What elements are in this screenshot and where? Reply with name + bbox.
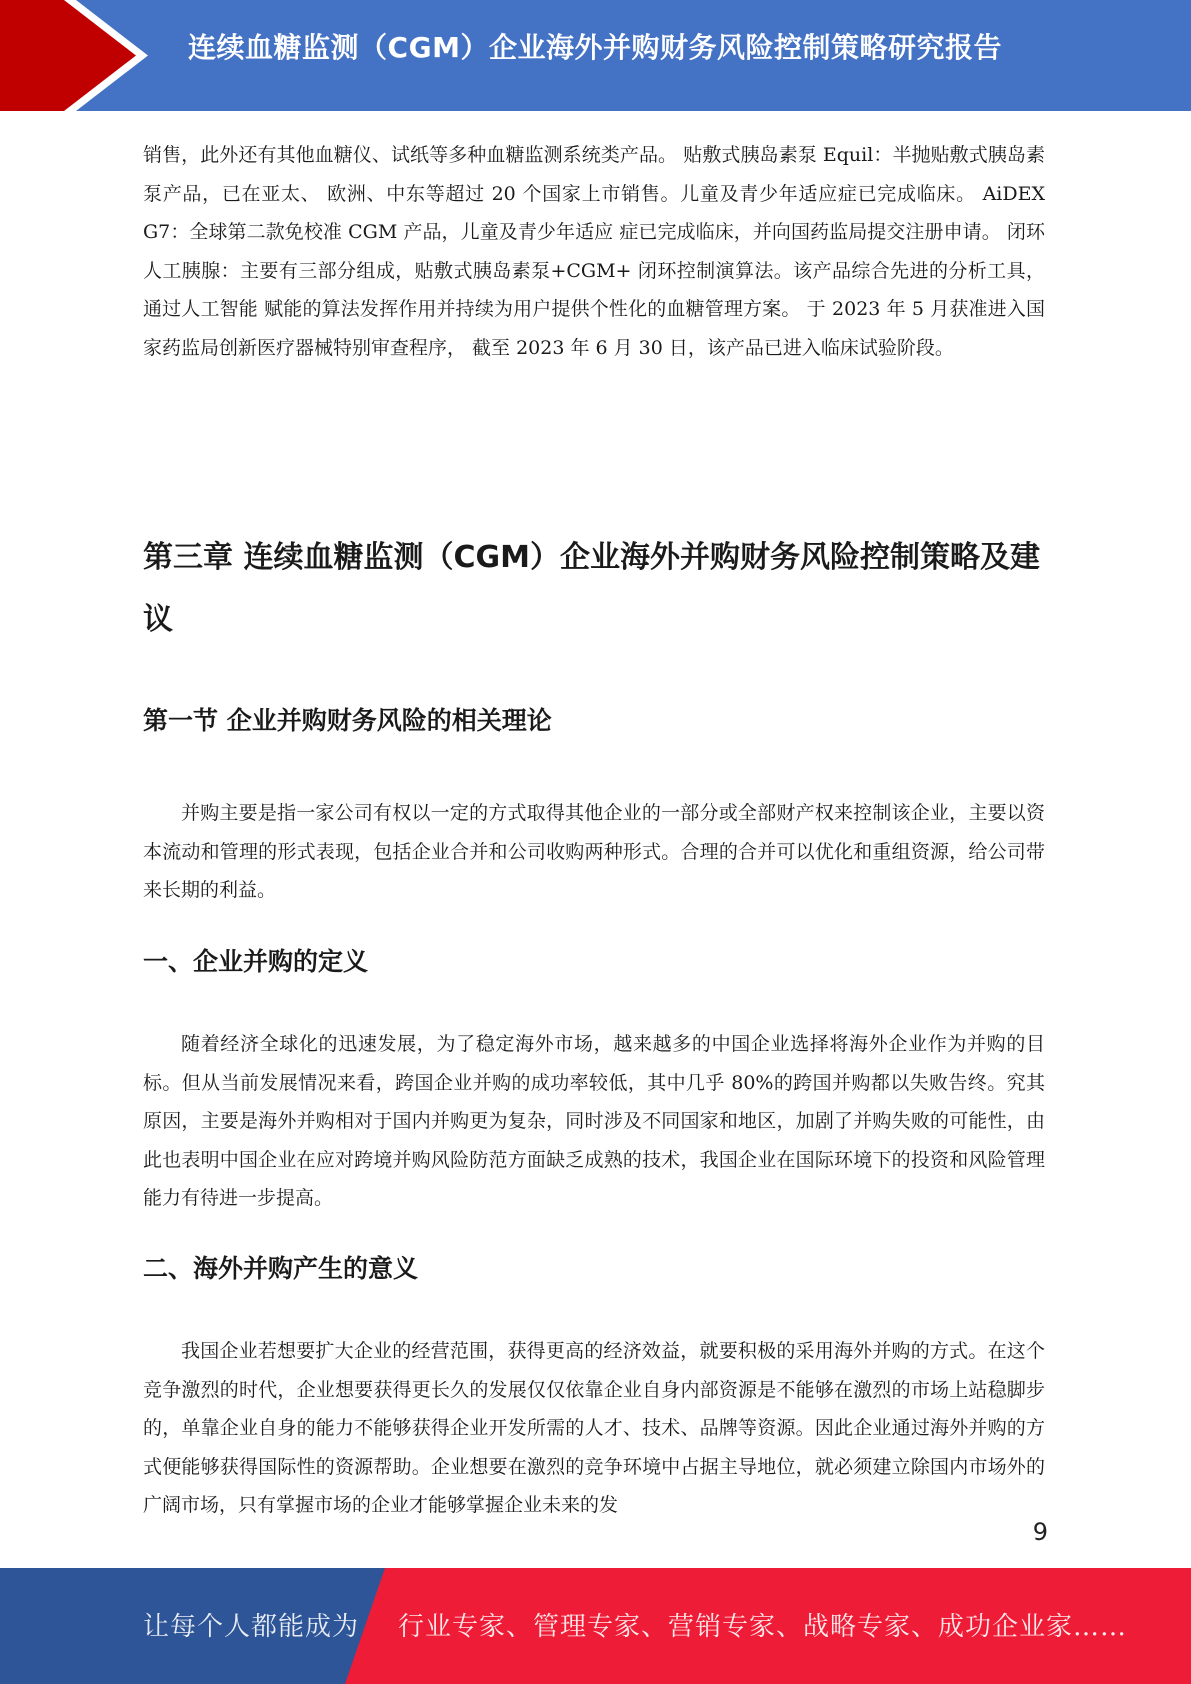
page-number: 9 bbox=[1033, 1518, 1048, 1546]
footer-slogan-left: 让每个人都能成为 bbox=[143, 1606, 359, 1643]
section-title: 第一节 企业并购财务风险的相关理论 bbox=[143, 704, 1045, 738]
subsection-2-heading-block: 二、海外并购产生的意义 bbox=[143, 1252, 1045, 1286]
page-header: 连续血糖监测（CGM）企业海外并购财务风险控制策略研究报告 bbox=[0, 0, 1191, 111]
subsection-1-title: 一、企业并购的定义 bbox=[143, 945, 1045, 979]
section-paragraph-block: 并购主要是指一家公司有权以一定的方式取得其他企业的一部分或全部财产权来控制该企业… bbox=[143, 794, 1045, 910]
subsection-1-paragraph-block: 随着经济全球化的迅速发展，为了稳定海外市场，越来越多的中国企业选择将海外企业作为… bbox=[143, 1025, 1045, 1218]
intro-paragraph: 销售，此外还有其他血糖仪、试纸等多种血糖监测系统类产品。 贴敷式胰岛素泵 Equ… bbox=[143, 136, 1045, 367]
chapter-heading-block: 第三章 连续血糖监测（CGM）企业海外并购财务风险控制策略及建议 bbox=[143, 527, 1045, 651]
footer-slogan-right: 行业专家、管理专家、营销专家、战略专家、成功企业家…… bbox=[398, 1606, 1127, 1643]
page-footer: 让每个人都能成为 行业专家、管理专家、营销专家、战略专家、成功企业家…… bbox=[0, 1568, 1191, 1684]
subsection-2-paragraph: 我国企业若想要扩大企业的经营范围，获得更高的经济效益，就要积极的采用海外并购的方… bbox=[143, 1332, 1045, 1525]
chapter-title: 第三章 连续血糖监测（CGM）企业海外并购财务风险控制策略及建议 bbox=[143, 527, 1045, 651]
subsection-2-paragraph-block: 我国企业若想要扩大企业的经营范围，获得更高的经济效益，就要积极的采用海外并购的方… bbox=[143, 1332, 1045, 1525]
chevron-arrow-icon bbox=[0, 0, 150, 111]
report-title: 连续血糖监测（CGM）企业海外并购财务风险控制策略研究报告 bbox=[170, 28, 1020, 68]
subsection-1-heading-block: 一、企业并购的定义 bbox=[143, 945, 1045, 979]
subsection-1-paragraph: 随着经济全球化的迅速发展，为了稳定海外市场，越来越多的中国企业选择将海外企业作为… bbox=[143, 1025, 1045, 1218]
intro-block: 销售，此外还有其他血糖仪、试纸等多种血糖监测系统类产品。 贴敷式胰岛素泵 Equ… bbox=[143, 136, 1045, 367]
subsection-2-title: 二、海外并购产生的意义 bbox=[143, 1252, 1045, 1286]
section-heading-block: 第一节 企业并购财务风险的相关理论 bbox=[143, 704, 1045, 738]
section-paragraph: 并购主要是指一家公司有权以一定的方式取得其他企业的一部分或全部财产权来控制该企业… bbox=[143, 794, 1045, 910]
